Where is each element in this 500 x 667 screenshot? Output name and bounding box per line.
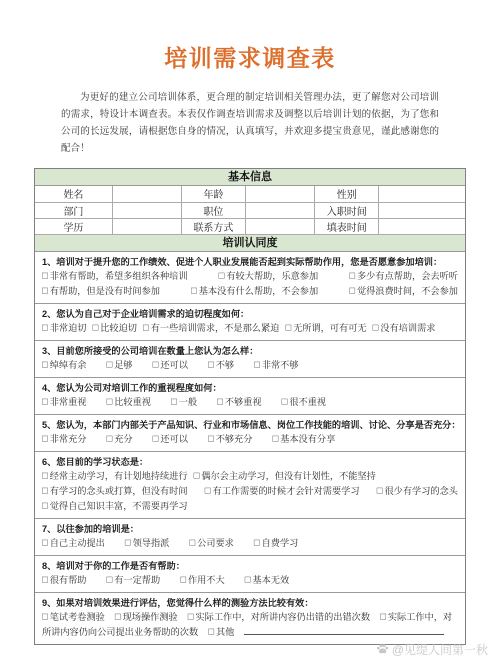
option-line: □觉得自己知识丰富，不需要再学习 (42, 499, 458, 514)
option-label: 觉得自己知识丰富，不需要再学习 (50, 501, 188, 511)
question-block: 7、以往参加的培训是：□自己主动提出□领导指派□公司要求□自费学习 (35, 519, 465, 556)
option[interactable]: □还可以 (153, 358, 188, 373)
question-title: 2、您认为自己对于企业培训需求的迫切程度如何： (42, 307, 458, 321)
field-value[interactable] (112, 186, 181, 202)
field-label: 入职时间 (314, 202, 379, 218)
option-label: 很有帮助 (50, 575, 87, 585)
checkbox-icon: □ (189, 536, 195, 550)
checkbox-icon: □ (208, 358, 214, 372)
option[interactable]: □无所谓，可有可无 (285, 321, 366, 336)
option-line: □非常有帮助，希望多组织各种培训□有较大帮助，乐意参加□多少有点帮助，会去听听 (42, 269, 458, 284)
basic-info-row: 部门职位入职时间 (35, 202, 465, 218)
basic-info-row: 学历联系方式填表时间 (35, 218, 465, 234)
option-label: 非常重视 (50, 397, 87, 407)
checkbox-icon: □ (107, 432, 113, 446)
checkbox-icon: □ (143, 321, 149, 335)
option-label: 充分 (114, 434, 132, 444)
checkbox-icon: □ (42, 573, 48, 587)
field-value[interactable] (379, 218, 465, 234)
option[interactable]: □自己主动提出 (42, 536, 105, 551)
checkbox-icon: □ (208, 625, 214, 639)
option[interactable]: □没有培训需求 (373, 321, 436, 336)
option[interactable]: □觉得自己知识丰富，不需要再学习 (42, 499, 188, 514)
checkbox-icon: □ (282, 395, 288, 409)
checkbox-icon: □ (272, 432, 278, 446)
option[interactable]: □觉得浪费时间，不会参加 (349, 284, 458, 299)
question-title: 1、培训对于提升您的工作绩效、促进个人职业发展能否起到实际帮助作用，您是否愿意参… (42, 255, 458, 269)
option-label: 有较大帮助，乐意参加 (226, 271, 318, 281)
option-label: 基本没有分享 (280, 434, 335, 444)
option[interactable]: □非常迫切 (42, 321, 87, 336)
option[interactable]: □经常主动学习，有计划地持续进行 (42, 469, 188, 484)
checkbox-icon: □ (42, 610, 48, 624)
checkbox-icon: □ (377, 484, 383, 498)
checkbox-icon: □ (180, 573, 186, 587)
checkbox-icon: □ (349, 269, 355, 283)
option[interactable]: □有工作需要的时候才会针对需要学习 (205, 484, 360, 499)
option-label: 有一些培训需求，不是那么紧迫 (151, 323, 280, 333)
question-block: 2、您认为自己对于企业培训需求的迫切程度如何：□非常迫切□比较迫切□有一些培训需… (35, 304, 465, 341)
option[interactable]: □多少有点帮助，会去听听 (349, 269, 458, 284)
option[interactable]: □非常重视 (42, 395, 87, 410)
checkbox-icon: □ (107, 395, 113, 409)
question-title: 8、培训对于你的工作是否有帮助： (42, 559, 458, 573)
option[interactable]: □笔试考卷测验 (42, 612, 105, 622)
survey-form-table: 基本信息 姓名年龄性别部门职位入职时间学历联系方式填表时间 培训认同度 1、培训… (34, 168, 466, 645)
option[interactable]: □基本没有什么帮助，不会参加 (191, 284, 318, 299)
option-label: 很少有学习的念头 (385, 486, 459, 496)
checkbox-icon: □ (42, 469, 48, 483)
question-title: 7、以往参加的培训是： (42, 522, 458, 536)
option-label: 不够 (216, 360, 234, 370)
option-line: □绰绰有余□足够□还可以□不够□非常不够 (42, 358, 458, 373)
option-line: □有帮助，但是没有时间参加□基本没有什么帮助，不会参加□觉得浪费时间，不会参加 (42, 284, 458, 299)
field-label: 部门 (35, 202, 112, 218)
option-label: 一般 (179, 397, 197, 407)
option-line: □非常重视□比较重视□一般□不够重视□很不重视 (42, 395, 458, 410)
option-label: 绰绰有余 (50, 360, 87, 370)
field-label: 性别 (314, 186, 379, 202)
option-label: 领导指派 (133, 538, 170, 548)
option-label: 作用不大 (188, 575, 225, 585)
checkbox-icon: □ (42, 499, 48, 513)
field-value[interactable] (379, 202, 465, 218)
question-title: 6、您目前的学习状态是： (42, 455, 458, 469)
option-label: 非常迫切 (50, 323, 87, 333)
checkbox-icon: □ (153, 358, 159, 372)
field-label: 填表时间 (314, 218, 379, 234)
option-line: □经常主动学习，有计划地持续进行□偶尔会主动学习，但没有计划性，不能坚持 (42, 469, 458, 484)
option-line: □有学习的念头或打算，但没有时间□有工作需要的时候才会针对需要学习□很少有学习的… (42, 484, 458, 499)
checkbox-icon: □ (153, 432, 159, 446)
option-line: □非常迫切□比较迫切□有一些培训需求，不是那么紧迫□无所谓，可有可无□没有培训需… (42, 321, 458, 336)
section-header-basic-info: 基本信息 (35, 169, 465, 186)
option[interactable]: □有学习的念头或打算，但没有时间 (42, 484, 188, 499)
option-label: 还可以 (160, 360, 188, 370)
option[interactable]: □领导指派 (125, 536, 170, 551)
option-label: 不够充分 (216, 434, 253, 444)
option[interactable]: □非常有帮助，希望多组织各种培训 (42, 269, 188, 284)
checkbox-icon: □ (217, 395, 223, 409)
option-label: 偶尔会主动学习，但没有计划性，不能坚持 (201, 471, 376, 481)
option-label: 有帮助，但是没有时间参加 (50, 286, 160, 296)
option-label: 基本无效 (252, 575, 289, 585)
checkbox-icon: □ (93, 321, 99, 335)
field-value[interactable] (246, 186, 315, 202)
checkbox-icon: □ (42, 536, 48, 550)
option-label: 不够重视 (225, 397, 262, 407)
checkbox-icon: □ (42, 269, 48, 283)
option[interactable]: □非常不够 (254, 358, 299, 373)
field-label: 联系方式 (181, 218, 246, 234)
option[interactable]: □比较迫切 (93, 321, 138, 336)
question-list: 1、培训对于提升您的工作绩效、促进个人职业发展能否起到实际帮助作用，您是否愿意参… (35, 252, 465, 644)
basic-info-table: 姓名年龄性别部门职位入职时间学历联系方式填表时间 (35, 186, 465, 235)
field-label: 职位 (181, 202, 246, 218)
option[interactable]: □有一定帮助 (107, 573, 161, 588)
option[interactable]: □公司要求 (189, 536, 234, 551)
checkbox-icon: □ (107, 573, 113, 587)
basic-info-row: 姓名年龄性别 (35, 186, 465, 202)
page-title: 培训需求调查表 (0, 40, 500, 73)
option[interactable]: □一般 (171, 395, 197, 410)
checkbox-icon: □ (42, 358, 48, 372)
checkbox-icon: □ (42, 395, 48, 409)
option[interactable]: □充分 (107, 432, 133, 447)
option-label: 经常主动学习，有计划地持续进行 (50, 471, 188, 481)
question-title: 9、如果对培训效果进行评估，您觉得什么样的测验方法比较有效： (42, 596, 458, 610)
option-label: 比较迫切 (100, 323, 137, 333)
option[interactable]: □还可以 (153, 432, 188, 447)
option[interactable]: □基本没有分享 (272, 432, 335, 447)
option[interactable]: □很少有学习的念头 (377, 484, 458, 499)
option-label: 足够 (114, 360, 132, 370)
question-block: 4、您认为公司对培训工作的重视程度如何：□非常重视□比较重视□一般□不够重视□很… (35, 378, 465, 415)
field-value[interactable] (246, 202, 315, 218)
question-block: 6、您目前的学习状态是：□经常主动学习，有计划地持续进行□偶尔会主动学习，但没有… (35, 452, 465, 519)
section-header-recognition: 培训认同度 (35, 235, 465, 252)
checkbox-icon: □ (349, 284, 355, 298)
checkbox-icon: □ (171, 395, 177, 409)
option[interactable]: □基本无效 (245, 573, 290, 588)
option-label: 有工作需要的时候才会针对需要学习 (213, 486, 360, 496)
option-label: 非常充分 (50, 434, 87, 444)
question-block: 1、培训对于提升您的工作绩效、促进个人职业发展能否起到实际帮助作用，您是否愿意参… (35, 252, 465, 304)
option-label: 笔试考卷测验 (50, 612, 105, 622)
option-label: 很不重视 (289, 397, 326, 407)
question-block: 8、培训对于你的工作是否有帮助：□很有帮助□有一定帮助□作用不大□基本无效 (35, 556, 465, 593)
checkbox-icon: □ (380, 610, 386, 624)
option-label: 还可以 (160, 434, 188, 444)
option[interactable]: □偶尔会主动学习，但没有计划性，不能坚持 (194, 469, 376, 484)
option[interactable]: □很不重视 (282, 395, 327, 410)
checkbox-icon: □ (107, 358, 113, 372)
question-block: 9、如果对培训效果进行评估，您觉得什么样的测验方法比较有效：□笔试考卷测验□现场… (35, 593, 465, 644)
question-block: 5、您认为，本部门内部关于产品知识、行业和市场信息、岗位工作技能的培训、讨论、分… (35, 415, 465, 452)
paw-icon (376, 643, 389, 656)
option-label: 比较重视 (114, 397, 151, 407)
option[interactable]: □绰绰有余 (42, 358, 87, 373)
option[interactable]: □实际工作中，对所讲内容仍出错的出错次数 (188, 612, 370, 622)
option-line: □笔试考卷测验□现场操作测验□实际工作中，对所讲内容仍出错的出错次数□实际工作中… (42, 610, 458, 640)
option[interactable]: □足够 (107, 358, 133, 373)
field-label: 学历 (35, 218, 112, 234)
checkbox-icon: □ (219, 269, 225, 283)
option-label: 自己主动提出 (50, 538, 105, 548)
checkbox-icon: □ (254, 536, 260, 550)
option-line: □很有帮助□有一定帮助□作用不大□基本无效 (42, 573, 458, 588)
checkbox-icon: □ (254, 358, 260, 372)
field-label: 年龄 (181, 186, 246, 202)
option-label: 自费学习 (262, 538, 299, 548)
checkbox-icon: □ (42, 284, 48, 298)
option[interactable]: □不够重视 (217, 395, 262, 410)
option[interactable]: □有一些培训需求，不是那么紧迫 (143, 321, 279, 336)
option[interactable]: □很有帮助 (42, 573, 87, 588)
checkbox-icon: □ (245, 573, 251, 587)
option-label: 非常不够 (262, 360, 299, 370)
option[interactable]: □作用不大 (180, 573, 225, 588)
option[interactable]: □有较大帮助，乐意参加 (219, 269, 319, 284)
checkbox-icon: □ (205, 484, 211, 498)
option[interactable]: □其他 (208, 627, 234, 637)
option[interactable]: □现场操作测验 (115, 612, 178, 622)
option-label: 非常有帮助，希望多组织各种培训 (50, 271, 188, 281)
field-value[interactable] (112, 202, 181, 218)
option-label: 有一定帮助 (114, 575, 160, 585)
option-label: 现场操作测验 (123, 612, 178, 622)
checkbox-icon: □ (42, 432, 48, 446)
question-title: 4、您认为公司对培训工作的重视程度如何： (42, 381, 458, 395)
checkbox-icon: □ (208, 432, 214, 446)
option-label: 有学习的念头或打算，但没有时间 (50, 486, 188, 496)
option[interactable]: □自费学习 (254, 536, 299, 551)
field-value[interactable] (379, 186, 465, 202)
option-label: 其他 (216, 627, 234, 637)
question-block: 3、目前您所接受的公司培训在数量上您认为怎么样：□绰绰有余□足够□还可以□不够□… (35, 341, 465, 378)
option-line: □非常充分□充分□还可以□不够充分□基本没有分享 (42, 432, 458, 447)
checkbox-icon: □ (125, 536, 131, 550)
option-label: 觉得浪费时间，不会参加 (357, 286, 458, 296)
option[interactable]: □不够充分 (208, 432, 253, 447)
question-title: 3、目前您所接受的公司培训在数量上您认为怎么样： (42, 344, 458, 358)
checkbox-icon: □ (42, 321, 48, 335)
option[interactable]: □有帮助，但是没有时间参加 (42, 284, 160, 299)
fill-in-blank[interactable] (244, 626, 444, 635)
option-label: 无所谓，可有可无 (293, 323, 367, 333)
option-label: 基本没有什么帮助，不会参加 (199, 286, 318, 296)
option-label: 多少有点帮助，会去听听 (357, 271, 458, 281)
option-label: 没有培训需求 (380, 323, 435, 333)
option[interactable]: □比较重视 (107, 395, 152, 410)
checkbox-icon: □ (285, 321, 291, 335)
option-line: □自己主动提出□领导指派□公司要求□自费学习 (42, 536, 458, 551)
option[interactable]: □不够 (208, 358, 234, 373)
question-title: 5、您认为，本部门内部关于产品知识、行业和市场信息、岗位工作技能的培训、讨论、分… (42, 418, 458, 432)
checkbox-icon: □ (373, 321, 379, 335)
option[interactable]: □非常充分 (42, 432, 87, 447)
watermark-handle: @见缇人间第一秋 (392, 641, 488, 658)
checkbox-icon: □ (115, 610, 121, 624)
checkbox-icon: □ (194, 469, 200, 483)
field-value[interactable] (112, 218, 181, 234)
intro-paragraph: 为更好的建立公司培训体系，更合理的制定培训相关管理办法，更了解您对公司培训的需求… (61, 89, 439, 157)
checkbox-icon: □ (42, 484, 48, 498)
field-value[interactable] (246, 218, 315, 234)
option-label: 实际工作中，对所讲内容仍出错的出错次数 (196, 612, 371, 622)
watermark: @见缇人间第一秋 (376, 641, 488, 658)
option-label: 公司要求 (197, 538, 234, 548)
checkbox-icon: □ (191, 284, 197, 298)
field-label: 姓名 (35, 186, 112, 202)
checkbox-icon: □ (188, 610, 194, 624)
